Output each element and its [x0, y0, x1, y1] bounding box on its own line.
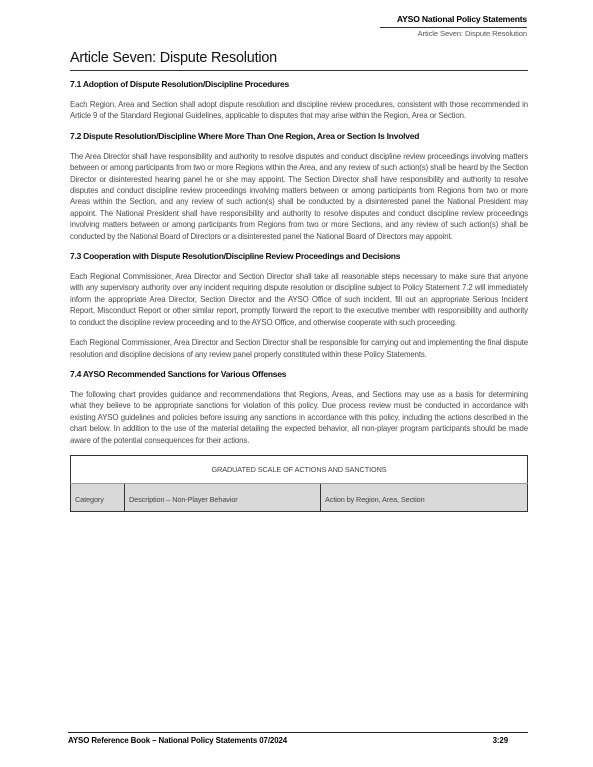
page-footer: AYSO Reference Book – National Policy St…: [68, 732, 528, 746]
paragraph: Each Region, Area and Section shall adop…: [70, 99, 528, 122]
article-title: Article Seven: Dispute Resolution: [70, 49, 528, 71]
section-heading: 7.4 AYSO Recommended Sanctions for Vario…: [70, 369, 528, 380]
page-header: AYSO National Policy Statements Article …: [380, 14, 527, 39]
sanctions-table: GRADUATED SCALE OF ACTIONS AND SANCTIONS…: [70, 455, 528, 512]
section-heading: 7.2 Dispute Resolution/Discipline Where …: [70, 131, 528, 142]
table-title-row: GRADUATED SCALE OF ACTIONS AND SANCTIONS: [71, 455, 528, 483]
table-title: GRADUATED SCALE OF ACTIONS AND SANCTIONS: [71, 455, 528, 483]
section-7-2: 7.2 Dispute Resolution/Discipline Where …: [70, 131, 528, 242]
section-heading: 7.1 Adoption of Dispute Resolution/Disci…: [70, 79, 528, 90]
page-number: 3:29: [493, 735, 528, 746]
section-7-4: 7.4 AYSO Recommended Sanctions for Vario…: [70, 369, 528, 446]
section-7-1: 7.1 Adoption of Dispute Resolution/Disci…: [70, 79, 528, 122]
column-header-description: Description – Non-Player Behavior: [125, 483, 321, 511]
section-heading: 7.3 Cooperation with Dispute Resolution/…: [70, 251, 528, 262]
paragraph: Each Regional Commissioner, Area Directo…: [70, 337, 528, 360]
footer-document-title: AYSO Reference Book – National Policy St…: [68, 735, 287, 746]
page-content: Article Seven: Dispute Resolution 7.1 Ad…: [70, 49, 528, 512]
column-header-category: Category: [71, 483, 125, 511]
column-header-action: Action by Region, Area, Section: [321, 483, 528, 511]
running-header-subtitle: Article Seven: Dispute Resolution: [380, 28, 527, 39]
paragraph: Each Regional Commissioner, Area Directo…: [70, 271, 528, 328]
section-7-3: 7.3 Cooperation with Dispute Resolution/…: [70, 251, 528, 360]
table-header-row: Category Description – Non-Player Behavi…: [71, 483, 528, 511]
paragraph: The Area Director shall have responsibil…: [70, 151, 528, 242]
running-header-title: AYSO National Policy Statements: [380, 14, 527, 28]
paragraph: The following chart provides guidance an…: [70, 389, 528, 446]
